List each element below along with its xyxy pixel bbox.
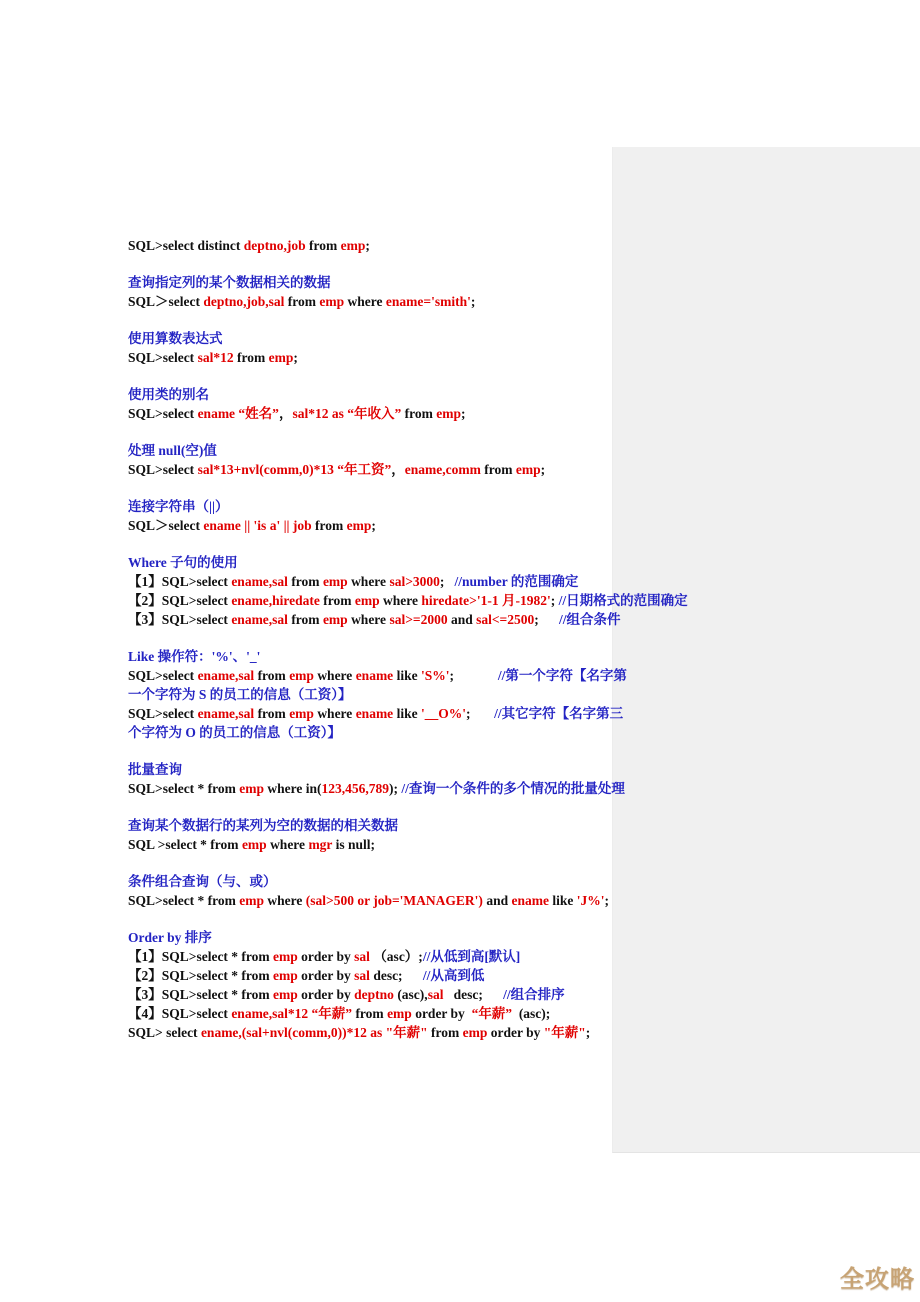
code-text: （asc）; [370,949,423,964]
code-text: from [284,294,319,309]
sql-identifier: mgr [308,837,332,852]
comment-text: //组合条件 [559,612,621,627]
code-line: 【1】SQL>select ename,sal from emp where s… [128,572,688,591]
code-line: SQL> select ename,(sal+nvl(comm,0))*12 a… [128,1023,688,1042]
code-text: SQL>select [128,706,198,721]
code-line: SQL＞select ename || 'is a' || job from e… [128,516,688,535]
sql-identifier: emp [273,949,298,964]
heading-line: 查询某个数据行的某列为空的数据的相关数据 [128,816,688,835]
heading-line: 批量查询 [128,760,688,779]
sql-identifier: “年薪” [472,1006,513,1021]
heading-line: 条件组合查询（与、或） [128,872,688,891]
comment-text: 查询指定列的某个数据相关的数据 [128,275,331,290]
code-text: ， [391,462,405,477]
code-text: ; [293,350,298,365]
heading-line: 连接字符串（||） [128,497,688,516]
code-line: 【2】SQL>select * from emp order by sal de… [128,966,688,985]
sql-identifier: sal*12 as “年收入” [292,406,401,421]
sql-identifier: emp [273,987,298,1002]
sql-identifier: ename,sal [231,574,288,589]
document-page: SQL>select distinct deptno,job from emp;… [0,0,920,1302]
code-text: ); [389,781,401,796]
sql-identifier: '__O%' [421,706,466,721]
comment-text: //number 的范围确定 [455,574,579,589]
code-line: SQL>select ename “姓名”，sal*12 as “年收入” fr… [128,404,688,423]
sql-identifier: sal>=2000 [389,612,447,627]
comment-text: //从低到高[默认] [423,949,521,964]
sql-identifier: emp [323,612,348,627]
comment-text: Like 操作符：'%'、'_' [128,649,260,664]
comment-text: 连接字符串（||） [128,499,228,514]
code-text: 【3】SQL>select * from [128,987,273,1002]
sql-identifier: sal*13+nvl(comm,0)*13 “年工资” [198,462,392,477]
sql-identifier: sal*12 [198,350,234,365]
comment-text: Where 子句的使用 [128,555,238,570]
code-text: SQL>select * from [128,893,239,908]
code-text: desc; [370,968,423,983]
code-text: ; [541,462,546,477]
heading-line: 使用算数表达式 [128,329,688,348]
sql-identifier: emp [289,668,314,683]
code-text: from [234,350,269,365]
sql-identifier: emp [273,968,298,983]
sql-identifier: ename [356,668,394,683]
code-text: ; [440,574,455,589]
comment-text: //组合排序 [503,987,565,1002]
code-text: SQL＞select [128,518,203,533]
sql-identifier: ename || 'is a' || job [203,518,311,533]
comment-text: 使用算数表达式 [128,331,223,346]
sql-identifier: sal>3000 [389,574,439,589]
code-text: (asc); [512,1006,550,1021]
comment-text: //从高到低 [423,968,485,983]
code-text: where [314,706,356,721]
code-text: 【4】SQL>select [128,1006,231,1021]
sql-identifier: ename='smith' [386,294,471,309]
sql-identifier: ename,hiredate [231,593,320,608]
code-text: from [254,706,289,721]
watermark: 全攻略 [840,1259,915,1294]
code-text: order by [412,1006,472,1021]
code-text: like [393,706,421,721]
sql-notes-body: SQL>select distinct deptno,job from emp;… [128,236,688,1042]
sql-identifier: sal<=2500 [476,612,534,627]
code-text: SQL> select [128,1025,201,1040]
code-line: 【1】SQL>select * from emp order by sal （a… [128,947,688,966]
code-line: SQL>select * from emp where (sal>500 or … [128,891,688,910]
heading-line: 查询指定列的某个数据相关的数据 [128,273,688,292]
code-text: desc; [443,987,503,1002]
code-text: order by [298,968,354,983]
code-line: SQL>select distinct deptno,job from emp; [128,236,688,255]
code-text: ; [471,294,476,309]
comment-text: 条件组合查询（与、或） [128,874,277,889]
code-text: ， [279,406,293,421]
code-text: ; [466,706,494,721]
sql-identifier: emp [269,350,294,365]
code-line: SQL>select ename,sal from emp where enam… [128,704,688,723]
code-text: from [320,593,355,608]
code-text: 【2】SQL>select * from [128,968,273,983]
sql-identifier: ename,sal [198,668,255,683]
code-text: SQL>select * from [128,781,239,796]
code-text: where [344,294,386,309]
sql-identifier: emp [436,406,461,421]
code-text: ; [605,893,610,908]
comment-text: //第一个字符【名字第 [498,668,627,683]
comment-text: 批量查询 [128,762,182,777]
code-text: from [428,1025,463,1040]
code-line: SQL＞select deptno,job,sal from emp where… [128,292,688,311]
code-text: where [264,893,306,908]
sql-identifier: ename,sal*12 “年薪” [231,1006,352,1021]
sql-identifier: sal [354,949,370,964]
sql-identifier: hiredate>'1-1 月-1982' [421,593,550,608]
sql-identifier: emp [341,238,366,253]
comment-text: //其它字符【名字第三 [494,706,623,721]
code-line: SQL>select ename,sal from emp where enam… [128,666,688,685]
code-text: SQL>select [128,668,198,683]
code-text: order by [298,987,354,1002]
code-text: from [254,668,289,683]
code-text: from [288,574,323,589]
heading-line: Where 子句的使用 [128,553,688,572]
sql-identifier: deptno [354,987,394,1002]
code-text: order by [298,949,354,964]
sql-identifier: 'J%' [577,893,605,908]
sql-identifier: deptno,job,sal [203,294,284,309]
sql-identifier: ename,sal [231,612,288,627]
code-text: SQL>select distinct [128,238,244,253]
sql-identifier: emp [516,462,541,477]
code-text: where in( [264,781,322,796]
code-text: ; [586,1025,591,1040]
comment-text: 处理 null(空)值 [128,443,217,458]
code-text: ; [551,593,559,608]
code-text: where [348,612,390,627]
code-text: where [314,668,356,683]
code-text: 【1】SQL>select * from [128,949,273,964]
code-line: 一个字符为 S 的员工的信息（工资）】 [128,685,688,704]
sql-identifier: emp [387,1006,412,1021]
code-line: 【3】SQL>select * from emp order by deptno… [128,985,688,1004]
sql-identifier: emp [347,518,372,533]
sql-identifier: emp [289,706,314,721]
heading-line: 使用类的别名 [128,385,688,404]
code-text: SQL>select [128,350,198,365]
code-text: ; [449,668,497,683]
sql-identifier: emp [323,574,348,589]
code-text: 【2】SQL>select [128,593,231,608]
code-line: 个字符为 O 的员工的信息（工资）】 [128,723,688,742]
code-line: 【3】SQL>select ename,sal from emp where s… [128,610,688,629]
heading-line: Order by 排序 [128,928,688,947]
code-text: ; [534,612,559,627]
code-text: (asc), [394,987,428,1002]
sql-identifier: emp [355,593,380,608]
sql-identifier: emp [463,1025,488,1040]
sql-identifier: ename “姓名” [198,406,279,421]
sql-identifier: 123,456,789 [322,781,390,796]
code-text: 【3】SQL>select [128,612,231,627]
code-text: from [352,1006,387,1021]
comment-text: 个字符为 O 的员工的信息（工资）】 [128,725,341,740]
code-text: SQL>select [128,406,198,421]
code-line: SQL >select * from emp where mgr is null… [128,835,688,854]
code-text: from [312,518,347,533]
code-text: where [380,593,422,608]
code-text: ; [371,518,376,533]
code-text: from [401,406,436,421]
code-text: 【1】SQL>select [128,574,231,589]
code-text: is null; [332,837,375,852]
comment-text: //查询一个条件的多个情况的批量处理 [401,781,625,796]
comment-text: 使用类的别名 [128,387,209,402]
sql-identifier: emp [239,781,264,796]
code-text: from [481,462,516,477]
code-text: order by [487,1025,543,1040]
code-text: ; [365,238,370,253]
code-text: SQL＞select [128,294,203,309]
sql-identifier: sal [428,987,444,1002]
code-line: SQL>select sal*12 from emp; [128,348,688,367]
sql-identifier: emp [319,294,344,309]
code-text: where [267,837,309,852]
heading-line: Like 操作符：'%'、'_' [128,647,688,666]
code-text: from [306,238,341,253]
code-line: 【2】SQL>select ename,hiredate from emp wh… [128,591,688,610]
code-text: and [448,612,477,627]
comment-text: //日期格式的范围确定 [559,593,688,608]
comment-text: Order by 排序 [128,930,212,945]
sql-identifier: ename,(sal+nvl(comm,0))*12 as "年薪" [201,1025,428,1040]
code-text: like [549,893,577,908]
code-text: and [483,893,512,908]
sql-identifier: ename [511,893,549,908]
code-text: SQL>select [128,462,198,477]
code-text: from [288,612,323,627]
code-text: ; [461,406,466,421]
sql-identifier: emp [242,837,267,852]
code-line: 【4】SQL>select ename,sal*12 “年薪” from emp… [128,1004,688,1023]
sql-identifier: 'S%' [421,668,450,683]
sql-identifier: ename,sal [198,706,255,721]
sql-identifier: sal [354,968,370,983]
code-text: like [393,668,421,683]
comment-text: 一个字符为 S 的员工的信息（工资）】 [128,687,352,702]
sql-identifier: ename,comm [405,462,481,477]
sql-identifier: emp [239,893,264,908]
code-line: SQL>select sal*13+nvl(comm,0)*13 “年工资”，e… [128,460,688,479]
code-text: where [348,574,390,589]
heading-line: 处理 null(空)值 [128,441,688,460]
comment-text: 查询某个数据行的某列为空的数据的相关数据 [128,818,398,833]
sql-identifier: deptno,job [244,238,306,253]
sql-identifier: "年薪" [544,1025,586,1040]
sql-identifier: ename [356,706,394,721]
sql-identifier: (sal>500 or job='MANAGER') [306,893,483,908]
code-line: SQL>select * from emp where in(123,456,7… [128,779,688,798]
code-text: SQL >select * from [128,837,242,852]
